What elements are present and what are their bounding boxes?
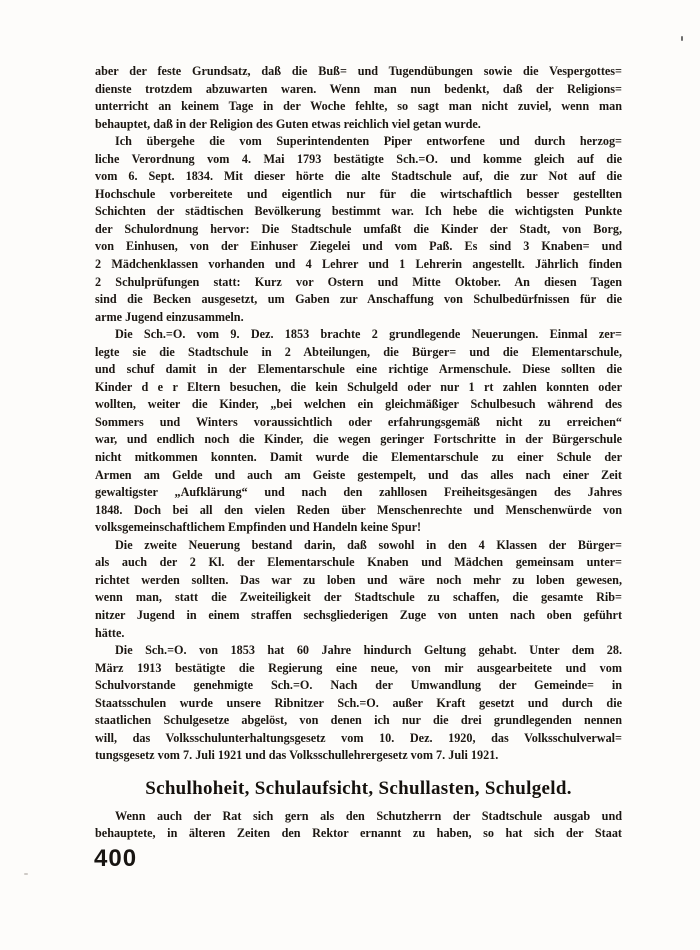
text-line: wollten, weiter die Kinder, „bei welchen… [95,396,622,414]
paragraph: Die Sch.=O. vom 9. Dez. 1853 brachte 2 g… [95,326,622,537]
text-line: tungsgesetz vom 7. Juli 1921 und das Vol… [95,747,622,765]
text-line: Ich übergehe die vom Superintendenten Pi… [95,133,622,151]
text-line: Die zweite Neuerung bestand darin, daß s… [95,537,622,555]
text-line: arme Jugend einzusammeln. [95,309,622,327]
text-line: gewaltigster „Aufklärung“ und nach den z… [95,484,622,502]
text-line: Schulvorstande genehmigte Sch.=O. Nach d… [95,677,622,695]
paragraph: Die zweite Neuerung bestand darin, daß s… [95,537,622,642]
text-line: 2 Schulprüfungen statt: Kurz vor Ostern … [95,274,622,292]
text-line: nicht mitkommen konnten. Damit wurde die… [95,449,622,467]
text-line: behauptete, in älteren Zeiten den Rektor… [95,825,622,843]
paragraph: Die Sch.=O. von 1853 hat 60 Jahre hindur… [95,642,622,765]
text-line: will, das Volksschulunterhaltungsgesetz … [95,730,622,748]
scan-speck [681,36,683,41]
text-line: 1848. Doch bei all den vielen Reden über… [95,502,622,520]
text-line: behauptet, daß in der Religion des Guten… [95,116,622,134]
text-line: Staatsschulen wurde unsere Ribnitzer Sch… [95,695,622,713]
text-line: sind die Becken ausgesetzt, um Gaben zur… [95,291,622,309]
text-line: 2 Mädchenklassen vorhanden und 4 Lehrer … [95,256,622,274]
page-number: 400 [94,845,137,873]
paragraph: aber der feste Grundsatz, daß die Buß= u… [95,63,622,133]
text-line: aber der feste Grundsatz, daß die Buß= u… [95,63,622,81]
scanned-book-page: aber der feste Grundsatz, daß die Buß= u… [0,0,700,950]
text-column: aber der feste Grundsatz, daß die Buß= u… [95,63,622,843]
text-line: als auch der 2 Kl. der Elementarschule K… [95,554,622,572]
text-line: dienste trotzdem abzuwarten waren. Wenn … [95,81,622,99]
text-line: vom 6. Sept. 1834. Mit dieser hörte die … [95,168,622,186]
body-text-lower: Wenn auch der Rat sich gern als den Schu… [95,808,622,843]
section-heading: Schulhoheit, Schulaufsicht, Schullasten,… [95,778,622,799]
text-line: staatlichen Schulgesetze abgelöst, von d… [95,712,622,730]
text-line: Hochschule vorbereitete und eigentlich n… [95,186,622,204]
text-line: richtet werden sollten. Das war zu loben… [95,572,622,590]
text-line: Die Sch.=O. vom 9. Dez. 1853 brachte 2 g… [95,326,622,344]
paragraph: Ich übergehe die vom Superintendenten Pi… [95,133,622,326]
text-line: unterricht an keinem Tage in der Woche f… [95,98,622,116]
text-line: Sommers und Winters voraussichtlich oder… [95,414,622,432]
text-line: war, und endlich noch die Kinder, die we… [95,431,622,449]
paragraph: Wenn auch der Rat sich gern als den Schu… [95,808,622,843]
text-line: der Schulordnung hervor: Die Stadtschule… [95,221,622,239]
text-line: von Einhusen, von der Einhuser Ziegelei … [95,238,622,256]
text-line: Schichten der städtischen Bevölkerung be… [95,203,622,221]
text-line: volksgemeinschaftlichem Empfinden und Ha… [95,519,622,537]
body-text-upper: aber der feste Grundsatz, daß die Buß= u… [95,63,622,765]
text-line: Armen am Gelde und auch am Geiste gestem… [95,467,622,485]
text-line: nitzer Jugend in einem straffen sechsgli… [95,607,622,625]
text-line: wenn man, statt die Zweiteiligkeit der S… [95,589,622,607]
text-line: Wenn auch der Rat sich gern als den Schu… [95,808,622,826]
text-line: März 1913 bestätigte die Regierung eine … [95,660,622,678]
text-line: und schuf damit in der Elementarschule e… [95,361,622,379]
scan-speck [24,873,28,875]
text-line: hätte. [95,625,622,643]
text-line: liche Verordnung vom 4. Mai 1793 bestäti… [95,151,622,169]
text-line: legte sie die Stadtschule in 2 Abteilung… [95,344,622,362]
text-line: Kinder d e r Eltern besuchen, die kein S… [95,379,622,397]
text-line: Die Sch.=O. von 1853 hat 60 Jahre hindur… [95,642,622,660]
